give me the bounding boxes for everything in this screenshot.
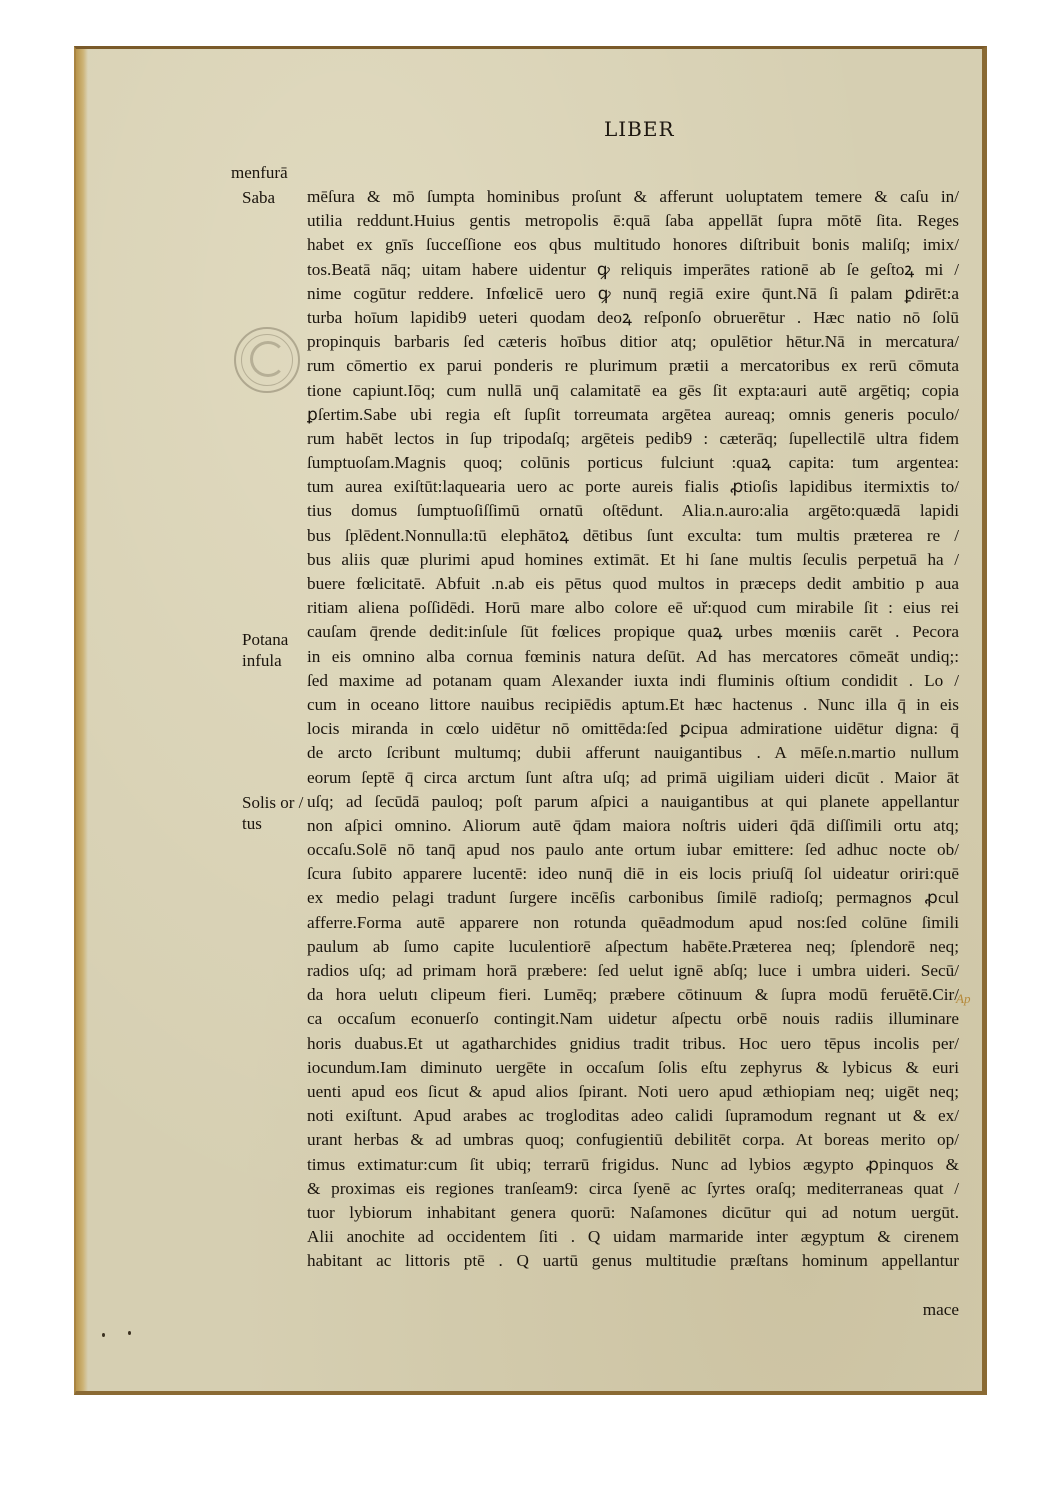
text-line: mēſura & mō ſumpta hominibus proſunt & a… [307, 185, 959, 209]
margin-note-mensura: menfurā [231, 162, 288, 183]
text-line: cum in oceano littore nauibus recipiēdis… [307, 693, 959, 717]
text-line: non aſpici omnino. Aliorum autē q̄dam ma… [307, 814, 959, 838]
text-line: uſq; ad ſecūdā pauloq; poſt parum aſpici… [307, 790, 959, 814]
text-line: bus aliis quæ plurimi apud homines extim… [307, 548, 959, 572]
text-line: rum habēt lectos in ſup tripodaſq; argēt… [307, 427, 959, 451]
text-line: da hora uelutı clipeum fieri. Lumēq; præ… [307, 983, 959, 1007]
margin-note-line: Saba [242, 187, 275, 208]
text-line: cauſam q̄rende dedit:inſule ſūt fœlices … [307, 620, 959, 644]
text-line: tuor lybiorum inhabitant genera quorū: N… [307, 1201, 959, 1225]
text-line: uenti apud eos ſicut & apud alios ſpiran… [307, 1080, 959, 1104]
margin-note-saba: Saba [242, 187, 275, 208]
text-line: & proximas eis regiones tranſeam9: circa… [307, 1177, 959, 1201]
text-line: radios uſq; ad primam horā præbere: ſed … [307, 959, 959, 983]
text-line: utilia reddunt.Huius gentis metropolis ē… [307, 209, 959, 233]
margin-note-line: infula [242, 650, 288, 671]
text-line [307, 1273, 959, 1297]
stain [102, 1333, 105, 1337]
margin-note-line: menfurā [231, 162, 288, 183]
text-line: in eis omnino alba cornua fœminis natura… [307, 645, 959, 669]
text-line: habitant ac littoris ptē . Q uartū genus… [307, 1249, 959, 1273]
margin-note-line: tus [242, 813, 303, 834]
catchword: mace [307, 1298, 959, 1322]
margin-note-potana: Potana infula [242, 629, 288, 671]
text-line: tione capiunt.Iōq; cum nullā unq̄ calami… [307, 379, 959, 403]
text-line: bus ſplēdent.Nonnulla:tū elephātoꝝ dētib… [307, 524, 959, 548]
text-line: de arcto ſcribunt multumq; dubii afferun… [307, 741, 959, 765]
text-line: ex medio pelagi tradunt ſurgere incēſis … [307, 886, 959, 910]
margin-note-line: Solis or / [242, 792, 303, 813]
text-line: ſcura ſubito apparere lucentē: ideo nunq… [307, 862, 959, 886]
watermark-icon [234, 327, 300, 393]
body-text: mēſura & mō ſumpta hominibus proſunt & a… [307, 185, 959, 1322]
running-head: LIBER [604, 117, 675, 141]
text-line: rum cōmertio ex parui ponderis re plurim… [307, 354, 959, 378]
text-line: ritiam aliena poſſidēdi. Horū mare albo … [307, 596, 959, 620]
text-line: habet ex gnīs ſucceſſione eos qbus multi… [307, 233, 959, 257]
text-line: eorum ſeptē q̄ circa arctum ſunt aſtra u… [307, 766, 959, 790]
text-line: tum aurea exiſtūt:laquearia uero ac port… [307, 475, 959, 499]
text-line: propinquis barbaris ſed cæteris hoībus d… [307, 330, 959, 354]
page-edge [76, 49, 88, 1391]
text-line: noti exiſtunt. Apud arabes ac troglodita… [307, 1104, 959, 1128]
text-line: afferre.Forma autē apparere non rotunda … [307, 911, 959, 935]
text-line: urant herbas & ad umbras quoq; confugien… [307, 1128, 959, 1152]
margin-note-line: Potana [242, 629, 288, 650]
text-line: ſed maxime ad potanam quam Alexander iux… [307, 669, 959, 693]
stain [128, 1331, 131, 1335]
text-line: tius domus ſumptuoſiſſimū ornatū oſtēdun… [307, 499, 959, 523]
text-line: ſumptuoſam.Magnis quoq; colūnis porticus… [307, 451, 959, 475]
text-line: ca occaſum econuerſo contingit.Nam uidet… [307, 1007, 959, 1031]
text-line: iocundum.Iam diminuto uergēte in occaſum… [307, 1056, 959, 1080]
text-line: ꝑſertim.Sabe ubi regia eſt ſupſit torreu… [307, 403, 959, 427]
text-line: timus extimatur:cum ſit ubiq; terrarū fr… [307, 1153, 959, 1177]
text-line: nime cogūtur reddere. Infœlicē uero ꝙ nu… [307, 282, 959, 306]
text-line: tos.Beatā nāq; uitam habere uidentur ꝙ r… [307, 258, 959, 282]
text-line: paulum ab ſumo capite luculentiorē aſpec… [307, 935, 959, 959]
text-line: locis miranda in cœlo uidētur nō omittēd… [307, 717, 959, 741]
text-line: buere fœlicitatē. Abfuit .n.ab eis pētus… [307, 572, 959, 596]
text-line: occaſu.Solē nō tanq̄ apud nos paulo ante… [307, 838, 959, 862]
text-line: horis duabus.Et ut agatharchides gnidius… [307, 1032, 959, 1056]
text-line: Alii anochite ad occidentem ſiti . Q uid… [307, 1225, 959, 1249]
margin-note-solis: Solis or / tus [242, 792, 303, 834]
text-line: turba hoīum lapidib9 ueteri quodam deoꝝ … [307, 306, 959, 330]
book-page: LIBER menfurā Saba Potana infula Solis o… [74, 46, 987, 1395]
